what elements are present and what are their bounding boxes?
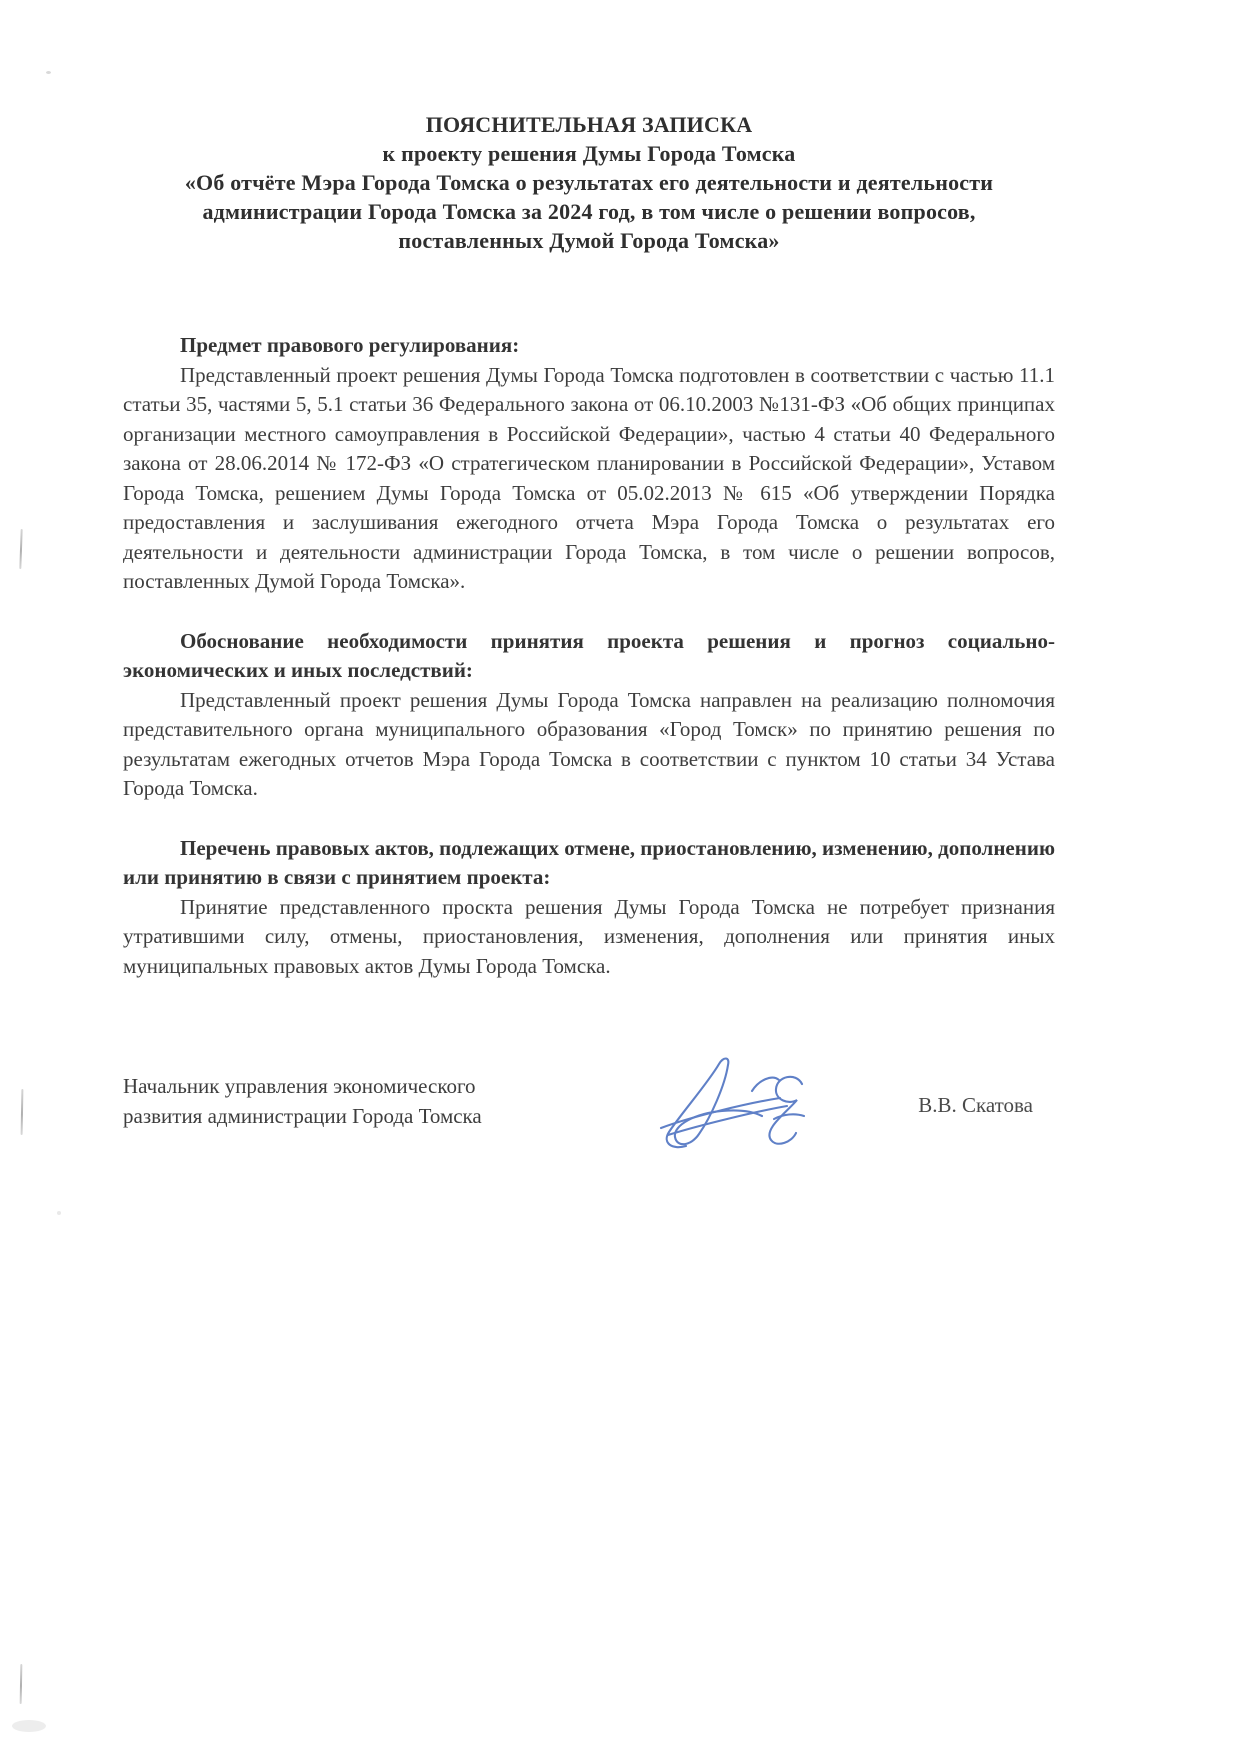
signature-block: Начальник управления экономического разв…	[123, 1071, 1055, 1159]
title-line: к проекту решения Думы Города Томска	[123, 139, 1055, 168]
section-paragraph: Представленный проект решения Думы Город…	[123, 686, 1055, 804]
scan-artifact-line	[21, 1089, 24, 1135]
handwritten-signature	[656, 1049, 831, 1159]
document-page: ПОЯСНИТЕЛЬНАЯ ЗАПИСКА к проекту решения …	[0, 0, 1240, 1754]
title-line: администрации Города Томска за 2024 год,…	[123, 197, 1055, 226]
signatory-position-line: развития администрации Города Томска	[123, 1101, 568, 1131]
scan-artifact-line	[19, 529, 22, 569]
section-acts-list: Перечень правовых актов, подлежащих отме…	[123, 834, 1055, 982]
document-title: ПОЯСНИТЕЛЬНАЯ ЗАПИСКА к проекту решения …	[123, 110, 1055, 255]
section-subject: Предмет правового регулирования: Предста…	[123, 331, 1055, 597]
title-line: ПОЯСНИТЕЛЬНАЯ ЗАПИСКА	[123, 110, 1055, 139]
scan-artifact-line	[20, 1664, 23, 1704]
signatory-position: Начальник управления экономического разв…	[123, 1071, 568, 1131]
title-line: поставленных Думой Города Томска»	[123, 226, 1055, 255]
scan-artifact-smudge	[12, 1720, 46, 1732]
section-heading: Предмет правового регулирования:	[123, 331, 1055, 361]
section-heading: Перечень правовых актов, подлежащих отме…	[123, 834, 1055, 893]
signatory-name: В.В. Скатова	[918, 1071, 1055, 1118]
section-paragraph: Принятие представленного проскта решения…	[123, 893, 1055, 982]
signatory-position-line: Начальник управления экономического	[123, 1071, 568, 1101]
section-paragraph: Представленный проект решения Думы Город…	[123, 361, 1055, 597]
scan-artifact-speck	[57, 1211, 61, 1215]
section-heading: Обоснование необходимости принятия проек…	[123, 627, 1055, 686]
title-line: «Об отчёте Мэра Города Томска о результа…	[123, 168, 1055, 197]
document-content: ПОЯСНИТЕЛЬНАЯ ЗАПИСКА к проекту решения …	[123, 110, 1055, 1159]
section-justification: Обоснование необходимости принятия проек…	[123, 627, 1055, 804]
scan-artifact-speck	[46, 71, 51, 74]
signature-ink-area	[568, 1049, 918, 1159]
